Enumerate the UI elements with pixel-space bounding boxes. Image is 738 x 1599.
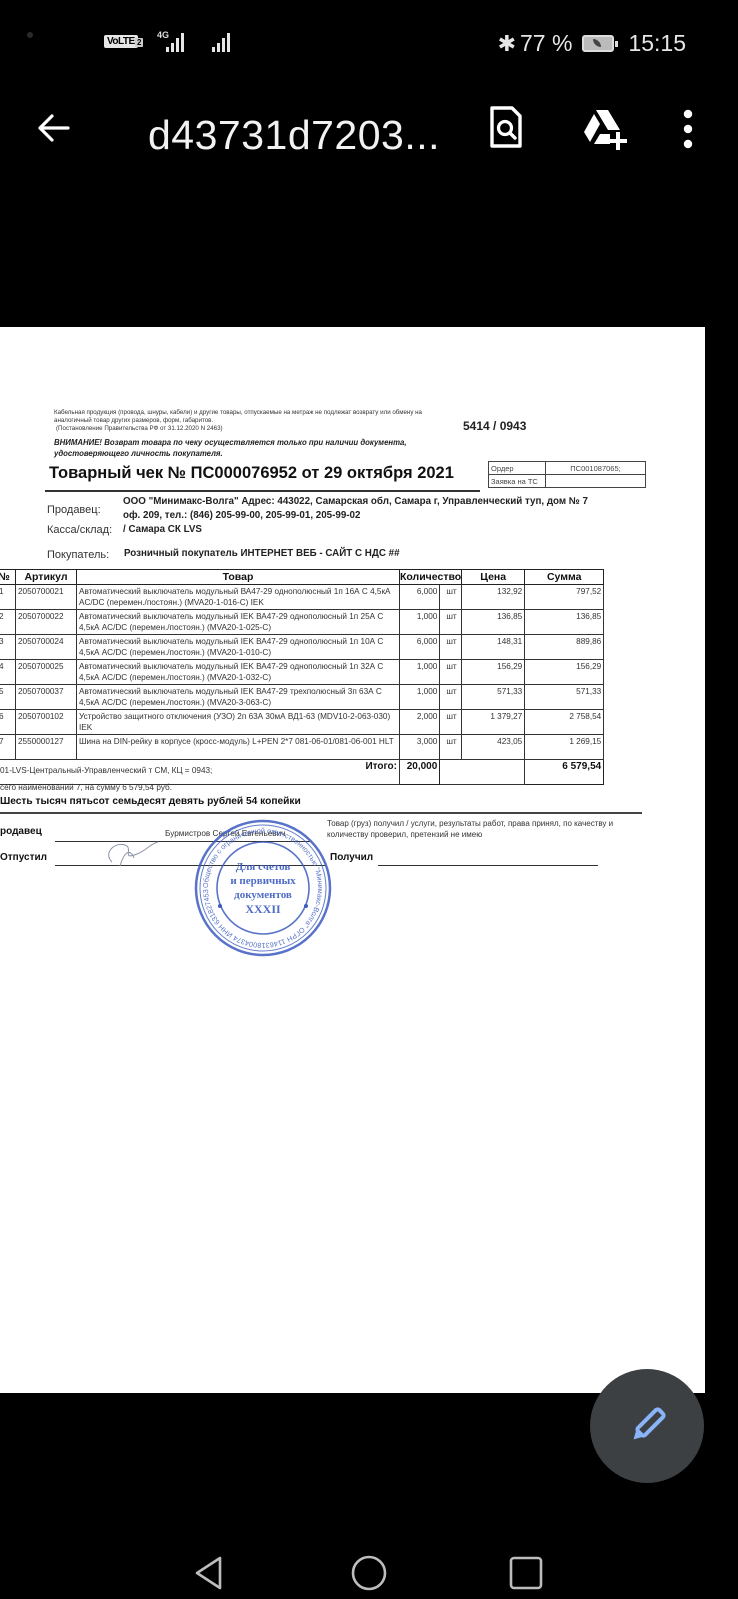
row-sum: 1 269,15	[525, 735, 604, 760]
stamp-line-1: Для счетов	[236, 861, 291, 873]
row-price: 423,05	[462, 735, 525, 760]
arrow-left-icon	[32, 106, 76, 150]
header-no: №	[0, 570, 16, 585]
seller-signature-label: родавец	[0, 826, 42, 837]
pencil-edit-icon	[625, 1404, 669, 1448]
request-label: Заявка на ТС	[489, 475, 546, 488]
received-label: Получил	[330, 852, 373, 863]
row-quantity: 1,000	[400, 610, 440, 635]
nav-home-circle-icon	[349, 1553, 389, 1593]
row-product-name: Автоматический выключатель модульный ВА4…	[77, 585, 400, 610]
document-search-icon	[488, 104, 524, 152]
table-row: 42050700025Автоматический выключатель мо…	[0, 660, 604, 685]
table-row: 72550000127Шина на DIN-рейку в корпусе (…	[0, 735, 604, 760]
received-note: Товар (груз) получил / услуги, результат…	[327, 818, 627, 840]
drive-add-icon	[580, 106, 630, 152]
buyer-label: Покупатель:	[47, 549, 109, 561]
order-info-box: ОрдерПС001087065; Заявка на ТС	[488, 461, 646, 488]
header-price: Цена	[462, 570, 525, 585]
row-article: 2550000127	[16, 735, 77, 760]
camera-dot	[27, 32, 33, 38]
table-row: 52050700037Автоматический выключатель мо…	[0, 685, 604, 710]
separator-rule	[0, 812, 642, 814]
row-price: 132,92	[462, 585, 525, 610]
row-sum: 2 758,54	[525, 710, 604, 735]
find-in-document-button[interactable]	[488, 104, 524, 152]
total-sum: 6 579,54	[525, 760, 604, 785]
row-quantity: 1,000	[400, 660, 440, 685]
nav-recents-button[interactable]	[506, 1553, 546, 1593]
nav-back-triangle-icon	[190, 1553, 230, 1593]
row-unit: шт	[440, 710, 462, 735]
row-price: 156,29	[462, 660, 525, 685]
row-product-name: Шина на DIN-рейку в корпусе (кросс-модул…	[77, 735, 400, 760]
stamp-line-2: и первичных	[230, 875, 296, 887]
signal-strength-icon	[166, 30, 184, 52]
row-number: 7	[0, 735, 16, 760]
amount-in-words: Шесть тысяч пятьсот семьдесят девять руб…	[0, 796, 301, 807]
row-price: 571,33	[462, 685, 525, 710]
row-number: 2	[0, 610, 16, 635]
volte-badge: VoLTE	[104, 35, 138, 48]
items-count-line: сего наименований 7, на сумму 6 579,54 р…	[0, 783, 172, 792]
company-stamp: Общество с ограниченной ответственностью…	[193, 818, 333, 958]
title-underline	[45, 490, 480, 492]
nav-home-button[interactable]	[349, 1553, 389, 1593]
battery-percent: 77 %	[520, 30, 572, 57]
seller-line-2: оф. 209, тел.: (846) 205-99-00, 205-99-0…	[123, 509, 360, 522]
row-unit: шт	[440, 610, 462, 635]
order-label: Ордер	[489, 462, 546, 475]
spacer	[440, 760, 525, 785]
status-bar: VoLTE 2 4G ✱ 77 % 15:15	[0, 0, 738, 86]
row-sum: 136,85	[525, 610, 604, 635]
row-quantity: 3,000	[400, 735, 440, 760]
row-unit: шт	[440, 585, 462, 610]
clock: 15:15	[628, 30, 686, 57]
stamp-line-3: документов	[234, 889, 292, 901]
battery-icon	[582, 35, 614, 52]
row-number: 5	[0, 685, 16, 710]
row-article: 2050700025	[16, 660, 77, 685]
notice-text: Кабельная продукция (провода, шнуры, каб…	[54, 409, 454, 425]
back-button[interactable]	[32, 106, 76, 150]
row-unit: шт	[440, 735, 462, 760]
request-value	[546, 475, 646, 488]
order-value: ПС001087065;	[546, 462, 646, 475]
app-bar: d43731d7203...	[0, 86, 738, 176]
seller-line-1: ООО "Минимакс-Волга" Адрес: 443022, Сама…	[123, 495, 588, 508]
more-options-button[interactable]	[680, 108, 696, 150]
row-article: 2050700022	[16, 610, 77, 635]
store-code: 5414 / 0943	[463, 419, 526, 433]
notice-reference: (Постановление Правительства РФ от 31.12…	[54, 425, 454, 433]
table-row: 32050700024Автоматический выключатель мо…	[0, 635, 604, 660]
total-qty: 20,000	[400, 760, 440, 785]
row-unit: шт	[440, 685, 462, 710]
header-qty: Количество	[400, 570, 462, 585]
table-row: 22050700022Автоматический выключатель мо…	[0, 610, 604, 635]
handwritten-signature	[92, 832, 162, 872]
buyer-value: Розничный покупатель ИНТЕРНЕТ ВЕБ - САЙТ…	[124, 547, 400, 560]
row-article: 2050700021	[16, 585, 77, 610]
row-product-name: Автоматический выключатель модульный IEK…	[77, 610, 400, 635]
bluetooth-icon: ✱	[498, 31, 516, 57]
row-number: 6	[0, 710, 16, 735]
cashdesk-label: Касса/склад:	[47, 524, 112, 536]
system-nav-bar	[0, 1543, 738, 1599]
row-product-name: Автоматический выключатель модульный IEK…	[77, 660, 400, 685]
edit-fab-button[interactable]	[590, 1369, 704, 1483]
row-article: 2050700037	[16, 685, 77, 710]
nav-recents-square-icon	[506, 1553, 546, 1593]
table-row: 62050700102Устройство защитного отключен…	[0, 710, 604, 735]
row-number: 1	[0, 585, 16, 610]
row-number: 4	[0, 660, 16, 685]
row-number: 3	[0, 635, 16, 660]
row-sum: 797,52	[525, 585, 604, 610]
row-unit: шт	[440, 660, 462, 685]
return-warning: ВНИМАНИЕ! Возврат товара по чеку осущест…	[54, 437, 474, 459]
header-sum: Сумма	[525, 570, 604, 585]
released-label: Отпустил	[0, 852, 47, 863]
add-to-drive-button[interactable]	[580, 106, 630, 152]
row-price: 148,31	[462, 635, 525, 660]
row-sum: 889,86	[525, 635, 604, 660]
sim-slot-badge: 2	[135, 38, 143, 47]
row-article: 2050700024	[16, 635, 77, 660]
row-price: 1 379,27	[462, 710, 525, 735]
row-product-name: Автоматический выключатель модульный IEK…	[77, 635, 400, 660]
row-price: 136,85	[462, 610, 525, 635]
row-quantity: 6,000	[400, 585, 440, 610]
nav-back-button[interactable]	[190, 1553, 230, 1593]
row-sum: 156,29	[525, 660, 604, 685]
battery-saver-leaf-icon	[593, 39, 601, 47]
receipt-title: Товарный чек № ПС000076952 от 29 октября…	[49, 464, 454, 483]
stamp-line-4: XXXII	[245, 902, 281, 916]
row-sum: 571,33	[525, 685, 604, 710]
document-title: d43731d7203...	[148, 112, 440, 159]
header-name: Товар	[77, 570, 400, 585]
warehouse-line: 01-LVS-Центральный-Управленческий т СМ, …	[0, 766, 212, 775]
row-product-name: Автоматический выключатель модульный IEK…	[77, 685, 400, 710]
table-header-row: № Артикул Товар Количество Цена Сумма	[0, 570, 604, 585]
table-row: 12050700021Автоматический выключатель мо…	[0, 585, 604, 610]
more-vertical-icon	[680, 108, 696, 150]
row-quantity: 1,000	[400, 685, 440, 710]
row-article: 2050700102	[16, 710, 77, 735]
seller-label: Продавец:	[47, 504, 101, 516]
received-signature-line	[378, 865, 598, 866]
header-article: Артикул	[16, 570, 77, 585]
row-quantity: 6,000	[400, 635, 440, 660]
signal-strength-icon	[212, 30, 230, 52]
document-page[interactable]: Кабельная продукция (провода, шнуры, каб…	[0, 327, 705, 1393]
return-policy-notice: Кабельная продукция (провода, шнуры, каб…	[54, 409, 454, 433]
cashdesk-value: / Самара СК LVS	[123, 523, 202, 536]
row-quantity: 2,000	[400, 710, 440, 735]
items-table: № Артикул Товар Количество Цена Сумма 12…	[0, 569, 604, 785]
row-product-name: Устройство защитного отключения (УЗО) 2п…	[77, 710, 400, 735]
row-unit: шт	[440, 635, 462, 660]
